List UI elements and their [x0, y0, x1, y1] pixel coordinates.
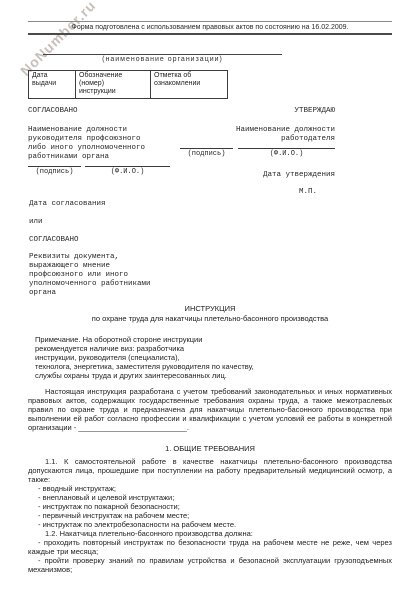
- agreed-position-line: работниками органа: [28, 153, 178, 162]
- issue-table-col-date: Дата выдачи: [29, 71, 76, 99]
- consent-date-label: Дата согласования: [29, 200, 229, 209]
- approval-block: СОГЛАСОВАНО Наименование должности руков…: [28, 107, 392, 199]
- consent-or-label: или: [29, 218, 229, 227]
- consent-requisites-line: профсоюзного или иного: [29, 271, 229, 280]
- approve-position-line: Наименование должности: [180, 126, 335, 135]
- prepared-note-strip: Форма подготовлена с использованием прав…: [28, 21, 392, 35]
- list-item: - пройти проверку знаний по правилам уст…: [28, 556, 392, 574]
- section-1-body: 1.1. К самостоятельной работе в качестве…: [28, 457, 392, 574]
- list-item: - первичный инструктаж на рабочем месте;: [28, 511, 392, 520]
- agreed-column: СОГЛАСОВАНО Наименование должности руков…: [28, 107, 178, 184]
- approve-signature-row: (подпись) (Ф.И.О.): [180, 148, 335, 166]
- consent-requisites-line: Реквизиты документа,: [29, 253, 229, 262]
- name-line: (Ф.И.О.): [238, 148, 335, 159]
- title-subtitle: по охране труда для накатчицы плетельно-…: [28, 314, 392, 324]
- note-line: инструкции, руководителя (специалиста),: [35, 353, 365, 362]
- consent-block: Дата согласования или СОГЛАСОВАНО Реквиз…: [29, 200, 229, 298]
- organization-name-field: (наименование организации): [43, 44, 282, 63]
- organization-name-label: (наименование организации): [43, 56, 282, 63]
- approve-column: УТВЕРЖДАЮ Наименование должности работод…: [180, 107, 335, 197]
- agreed-position-line: Наименование должности: [28, 126, 178, 135]
- clause-1-2: 1.2. Накатчица плетельно-басонного произ…: [28, 529, 392, 538]
- list-item: - проходить повторный инструктаж по безо…: [28, 538, 392, 556]
- note-line: Примечание. На оборотной стороне инструк…: [35, 335, 365, 344]
- stamp-place-label: М.П.: [180, 188, 335, 197]
- agreed-heading: СОГЛАСОВАНО: [28, 107, 178, 116]
- note-line: службы охраны труда и других заинтересов…: [35, 371, 365, 380]
- intro-paragraph: Настоящая инструкция разработана с учето…: [28, 387, 392, 432]
- list-item: - инструктаж по электробезопасности на р…: [28, 520, 392, 529]
- approval-date-label: Дата утверждения: [180, 171, 335, 180]
- consent-agreed-heading: СОГЛАСОВАНО: [29, 236, 229, 245]
- name-line: (Ф.И.О.): [85, 166, 170, 177]
- organization-name-blank-line: [43, 44, 282, 55]
- issue-table: Дата выдачи Обозначение (номер) инструкц…: [28, 70, 228, 99]
- document-title: ИНСТРУКЦИЯ по охране труда для накатчицы…: [28, 304, 392, 324]
- approve-position-line: работодателя: [180, 135, 335, 144]
- issue-table-col-number: Обозначение (номер) инструкции: [76, 71, 151, 99]
- note-line: технолога, энергетика, заместителя руков…: [35, 362, 365, 371]
- signature-line: (подпись): [180, 148, 233, 159]
- consent-requisites-line: органа: [29, 289, 229, 298]
- agreed-position-line: руководителя профсоюзного: [28, 135, 178, 144]
- document-page: NoNumber.ru Форма подготовлена с использ…: [0, 0, 420, 600]
- section-1-heading: 1. ОБЩИЕ ТРЕБОВАНИЯ: [28, 444, 392, 453]
- clause-1-1: 1.1. К самостоятельной работе в качестве…: [28, 457, 392, 484]
- consent-requisites-line: выражающего мнение: [29, 262, 229, 271]
- note-block: Примечание. На оборотной стороне инструк…: [35, 335, 365, 380]
- agreed-signature-row: (подпись) (Ф.И.О.): [28, 166, 178, 184]
- approve-heading: УТВЕРЖДАЮ: [180, 107, 335, 116]
- note-line: рекомендуется наличие виз: разработчика: [35, 344, 365, 353]
- consent-requisites-line: уполномоченного работниками: [29, 280, 229, 289]
- list-item: - инструктаж по пожарной безопасности;: [28, 502, 392, 511]
- list-item: - внеплановый и целевой инструктажи;: [28, 493, 392, 502]
- agreed-position-line: либо иного уполномоченного: [28, 144, 178, 153]
- signature-line: (подпись): [28, 166, 81, 177]
- issue-table-header-row: Дата выдачи Обозначение (номер) инструкц…: [29, 71, 228, 99]
- issue-table-col-acknowledgement: Отметка об ознакомлении: [151, 71, 228, 99]
- list-item: - вводный инструктаж;: [28, 484, 392, 493]
- title-main: ИНСТРУКЦИЯ: [28, 304, 392, 314]
